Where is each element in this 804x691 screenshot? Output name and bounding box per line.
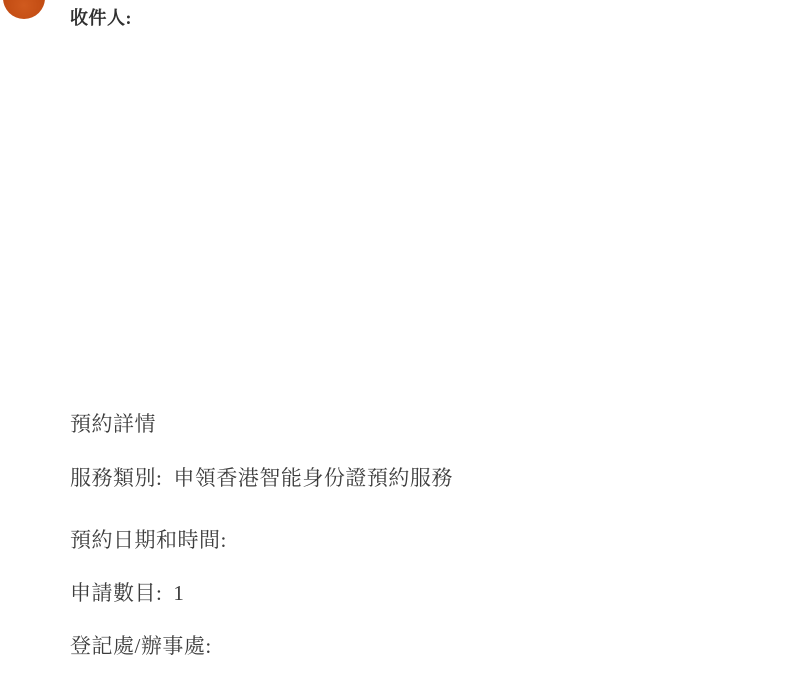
appointment-details-heading: 預約詳情 [70,412,156,436]
registration-office-field: 登記處/辦事處: [70,634,212,658]
application-count-field: 申請數目:1 [70,581,184,605]
service-category-field: 服務類別:申領香港智能身份證預約服務 [70,466,453,490]
application-count-value: 1 [173,581,184,605]
appointment-datetime-label: 預約日期和時間: [70,528,227,552]
registration-office-label: 登記處/辦事處: [70,634,212,658]
sender-avatar[interactable] [3,0,45,19]
service-category-label: 服務類別: [70,466,162,490]
service-category-value: 申領香港智能身份證預約服務 [173,466,453,490]
application-count-label: 申請數目: [70,581,162,605]
appointment-datetime-field: 預約日期和時間: [70,528,227,552]
email-body-page: 收件人: 預約詳情 服務類別:申領香港智能身份證預約服務 預約日期和時間: 申請… [0,0,804,691]
recipient-label: 收件人: [70,7,132,29]
